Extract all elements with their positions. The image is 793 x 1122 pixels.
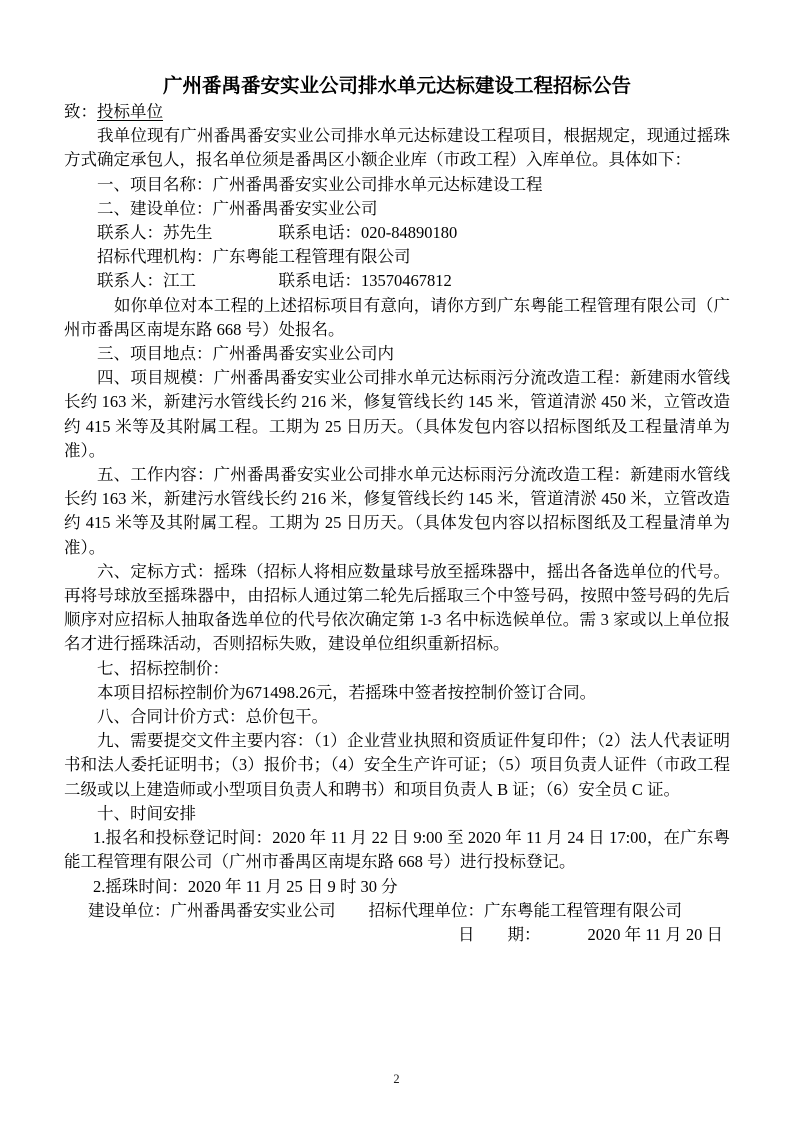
page-number: 2 [0, 1072, 793, 1086]
paragraph-invitation: 如你单位对本工程的上述招标项目有意向，请你方到广东粤能工程管理有限公司（广州市番… [64, 294, 730, 342]
salutation-recipient: 投标单位 [97, 102, 163, 121]
section-award-method: 六、定标方式：摇珠（招标人将相应数量球号放至摇珠器中，摇出各备选单位的代号。再将… [64, 560, 730, 657]
section-contract-pricing: 八、合同计价方式：总价包干。 [64, 705, 730, 729]
line-contact-owner: 联系人：苏先生 联系电话：020-84890180 [64, 221, 730, 245]
section-control-price-heading: 七、招标控制价： [64, 657, 730, 681]
document-title: 广州番禺番安实业公司排水单元达标建设工程招标公告 [64, 74, 730, 100]
date-value: 2020 年 11 月 20 日 [588, 925, 724, 944]
section-project-name: 一、项目名称：广州番禺番安实业公司排水单元达标建设工程 [64, 173, 730, 197]
line-lottery-time: 2.摇珠时间：2020 年 11 月 25 日 9 时 30 分 [64, 875, 730, 899]
section-project-location: 三、项目地点：广州番禺番安实业公司内 [64, 342, 730, 366]
section-time-schedule-heading: 十、时间安排 [64, 802, 730, 826]
footer-units-line: 建设单位：广州番禺番安实业公司 招标代理单位：广东粤能工程管理有限公司 [64, 899, 730, 923]
line-contact-agency: 联系人：江工 联系电话：13570467812 [64, 269, 730, 293]
section-project-scale: 四、项目规模：广州番禺番安实业公司排水单元达标雨污分流改造工程：新建雨水管线长约… [64, 366, 730, 463]
date-line: 日 期：2020 年 11 月 20 日 [64, 923, 730, 947]
line-registration-time: 1.报名和投标登记时间：2020 年 11 月 22 日 9:00 至 2020… [64, 826, 730, 874]
document-page: 广州番禺番安实业公司排水单元达标建设工程招标公告 致：投标单位 我单位现有广州番… [0, 0, 793, 1122]
section-work-content: 五、工作内容：广州番禺番安实业公司排水单元达标雨污分流改造工程：新建雨水管线长约… [64, 463, 730, 560]
section-required-documents: 九、需要提交文件主要内容：（1）企业营业执照和资质证件复印件；（2）法人代表证明… [64, 729, 730, 802]
section-construction-unit: 二、建设单位：广州番禺番安实业公司 [64, 197, 730, 221]
salutation-line: 致：投标单位 [64, 100, 730, 124]
salutation-prefix: 致： [64, 102, 97, 121]
line-control-price-value: 本项目招标控制价为671498.26元，若摇珠中签者按控制价签订合同。 [64, 681, 730, 705]
date-label: 日 期： [458, 925, 541, 944]
line-agency: 招标代理机构：广东粤能工程管理有限公司 [64, 245, 730, 269]
paragraph-intro: 我单位现有广州番禺番安实业公司排水单元达标建设工程项目，根据规定，现通过摇珠方式… [64, 124, 730, 172]
